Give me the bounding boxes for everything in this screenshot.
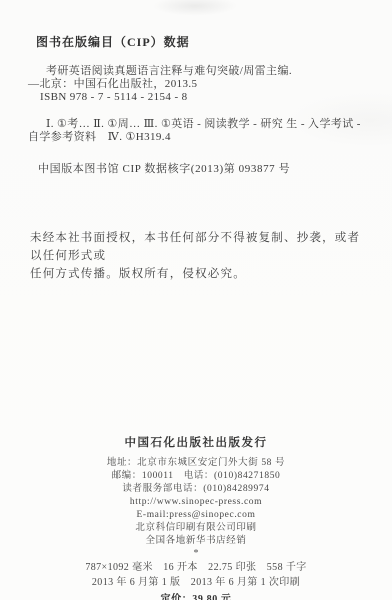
cip-isbn: ISBN 978 - 7 - 5114 - 2154 - 8	[40, 91, 373, 104]
reader-service-phone: 读者服务部电话：(010)84289974	[0, 483, 392, 496]
cip-data-section: 图书在版编目（CIP）数据 考研英语阅读真题语言注释与难句突破/周雷主编. —北…	[28, 33, 373, 187]
printer-name: 北京科信印刷有限公司印刷	[0, 522, 392, 535]
cip-title-line: 考研英语阅读真题语言注释与难句突破/周雷主编.	[46, 65, 373, 78]
distribution-line: 全国各地新华书店经销	[0, 535, 392, 548]
cip-publisher-line: —北京：中国石化出版社，2013.5	[28, 78, 373, 91]
edition-line: 2013 年 6 月第 1 版 2013 年 6 月第 1 次印刷	[0, 576, 392, 589]
cip-heading: 图书在版编目（CIP）数据	[36, 33, 373, 50]
postal-code-and-phone: 邮编：100011 电话：(010)84271850	[0, 470, 392, 483]
copyright-notice-line-1: 未经本社书面授权，本书任何部分不得被复制、抄袭，或者以任何形式或	[30, 229, 368, 265]
cip-class-line-1: Ⅰ. ①考… Ⅱ. ①周… Ⅲ. ①英语 - 阅读教学 - 研究	[46, 118, 283, 130]
copyright-notice-line-2: 任何方式传播。版权所有，侵权必究。	[30, 265, 368, 283]
cip-catalog-entry: 考研英语阅读真题语言注释与难句突破/周雷主编. —北京：中国石化出版社，2013…	[28, 65, 373, 104]
publisher-address: 地址：北京市东城区安定门外大街 58 号	[0, 457, 392, 470]
publisher-name: 中国石化出版社出版发行	[0, 434, 392, 450]
cip-registry-number: 中国版本图书馆 CIP 数据核字(2013)第 093877 号	[38, 160, 373, 176]
asterisk-divider: *	[0, 548, 392, 559]
book-format-line: 787×1092 毫米 16 开本 22.75 印张 558 千字	[0, 561, 392, 574]
copyright-page: 图书在版编目（CIP）数据 考研英语阅读真题语言注释与难句突破/周雷主编. —北…	[0, 0, 392, 600]
imprint-section: 中国石化出版社出版发行 地址：北京市东城区安定门外大街 58 号 邮编：1000…	[0, 434, 392, 600]
publisher-website: http://www.sinopec-press.com	[0, 496, 392, 509]
copyright-notice: 未经本社书面授权，本书任何部分不得被复制、抄袭，或者以任何形式或 任何方式传播。…	[30, 229, 368, 283]
publisher-email: E-mail:press@sinopec.com	[0, 509, 392, 522]
price-line: 定价：39.80 元	[0, 590, 392, 600]
cip-classification: Ⅰ. ①考… Ⅱ. ①周… Ⅲ. ①英语 - 阅读教学 - 研究 生 - 入学考…	[28, 118, 373, 144]
